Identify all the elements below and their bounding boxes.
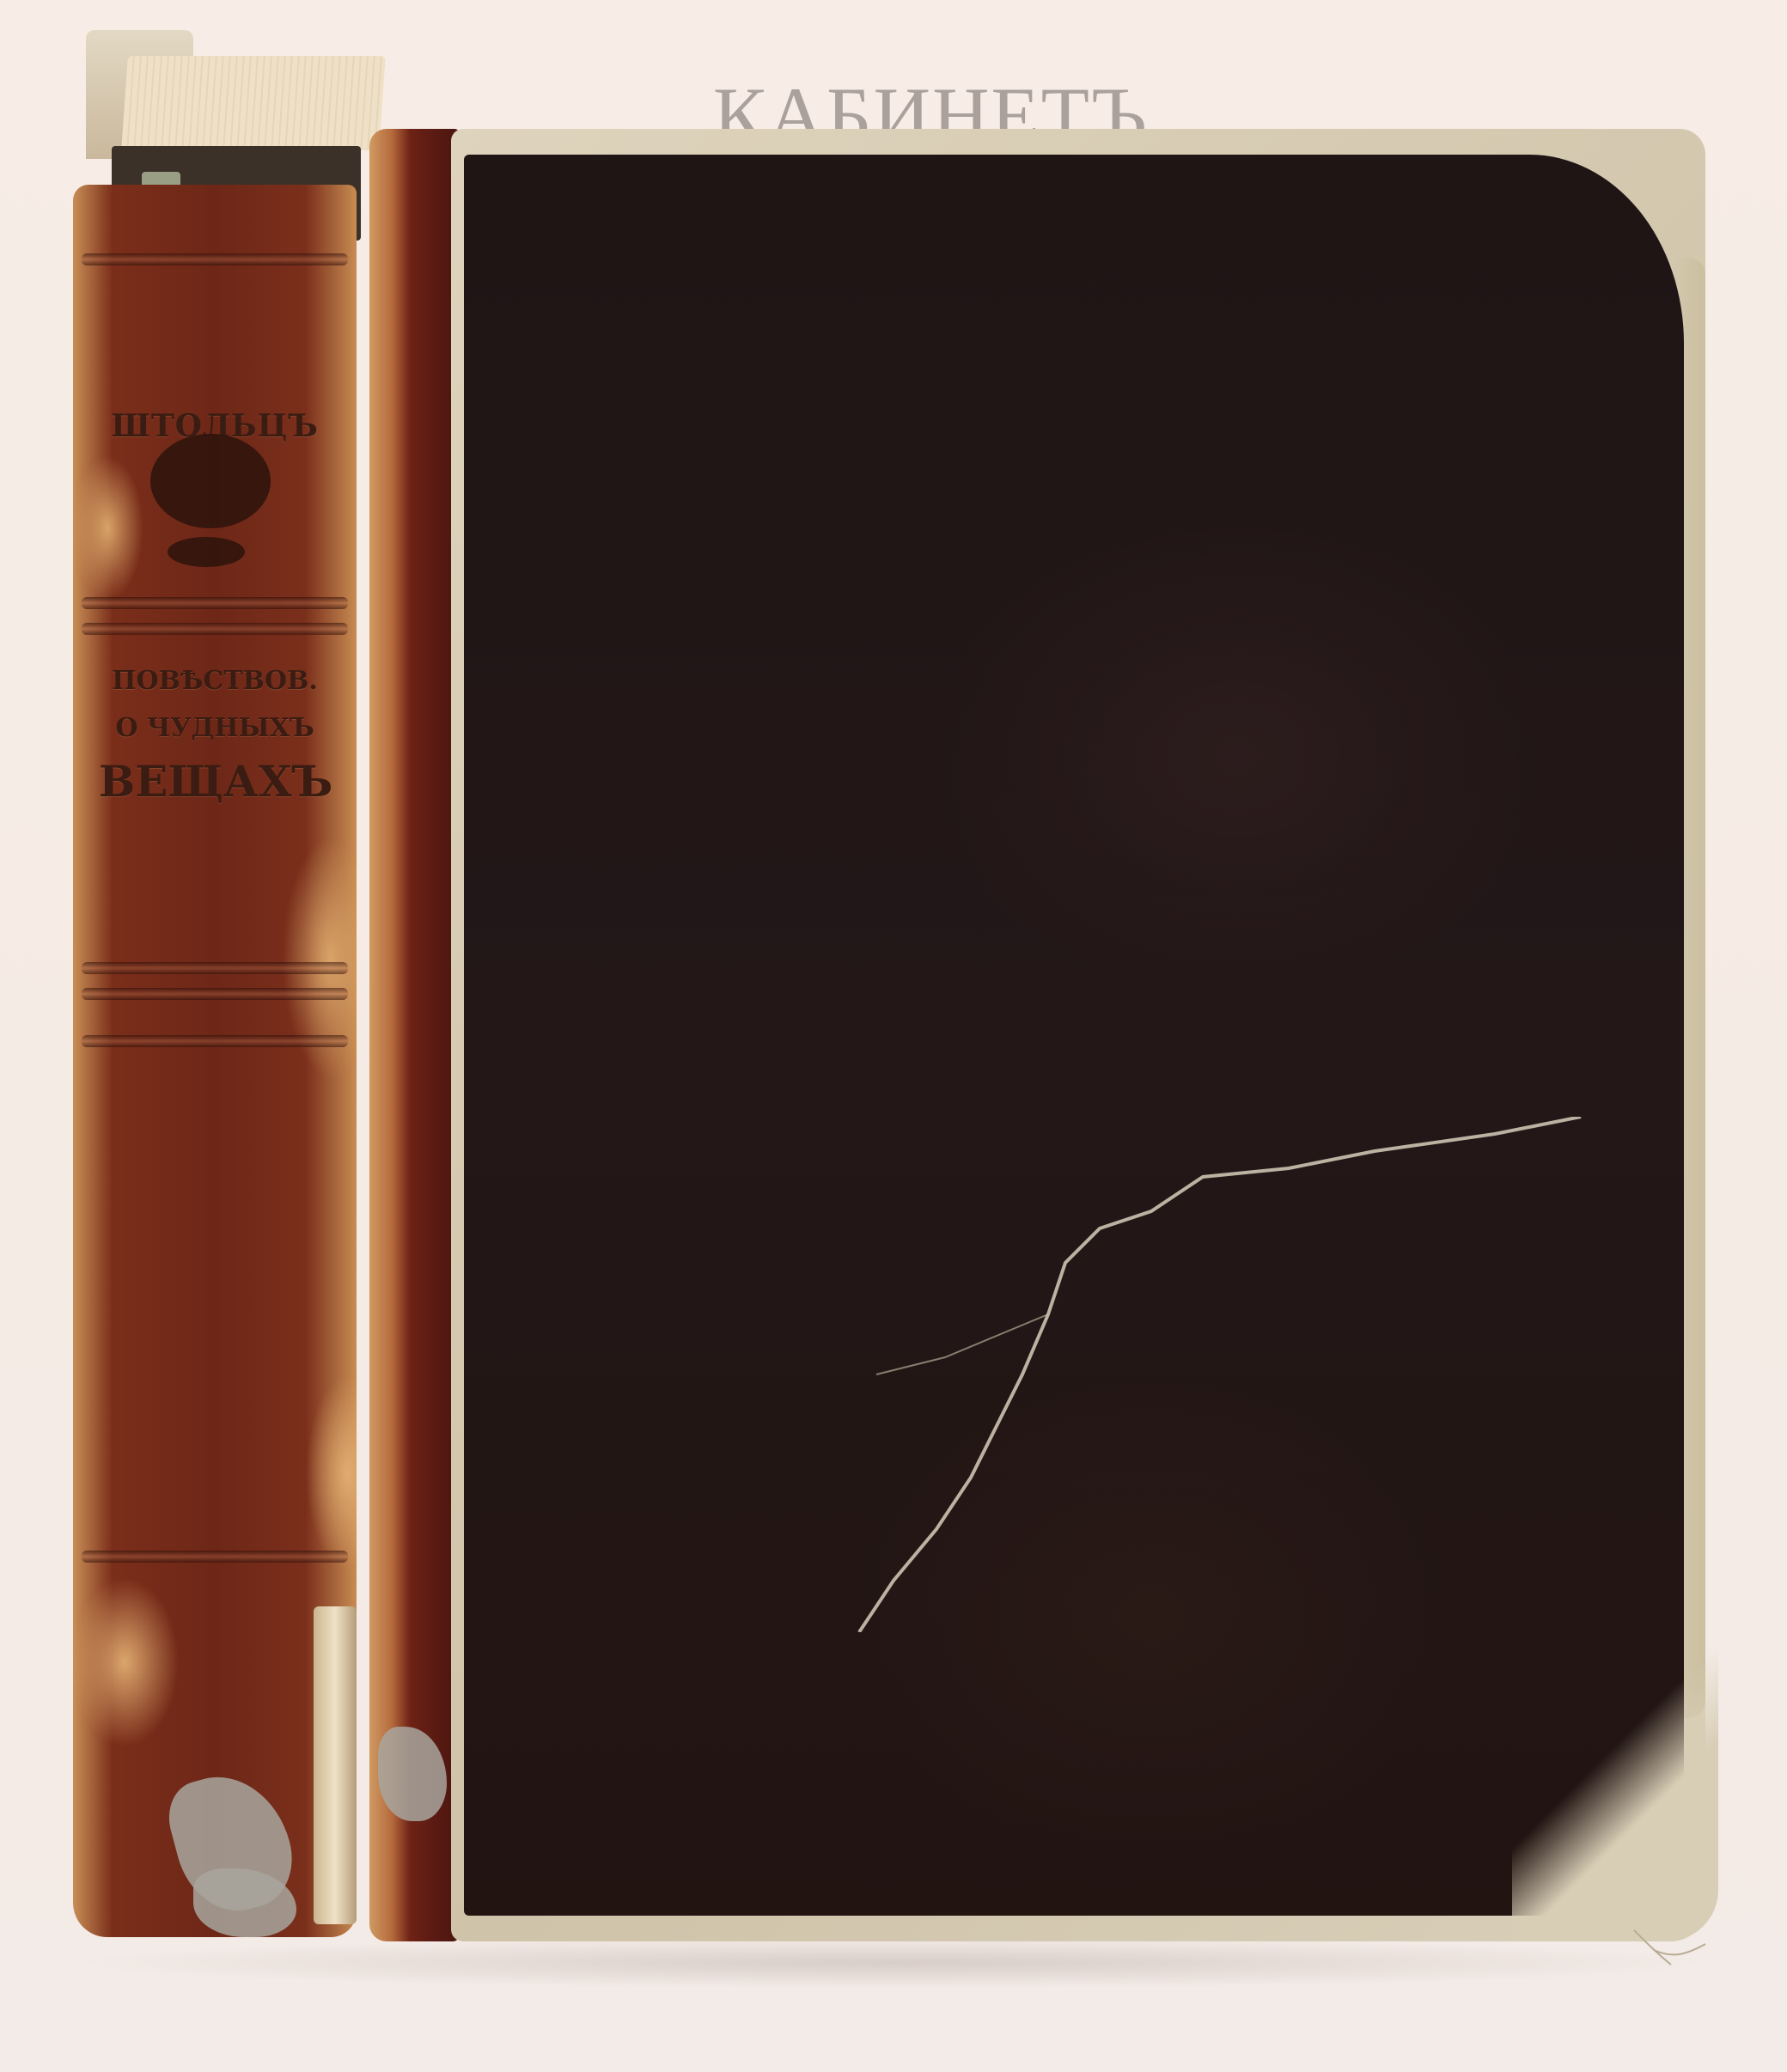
spine-raised-band	[82, 623, 348, 635]
cover-crack	[842, 1117, 1615, 1632]
spine-raised-band	[82, 962, 348, 974]
spine-stain	[168, 537, 245, 567]
spine-raised-band	[82, 988, 348, 1000]
joint-worn-patch	[378, 1727, 447, 1821]
spine-raised-band	[82, 1035, 348, 1047]
spine-raised-band	[82, 253, 348, 265]
spine-split-gap	[314, 1606, 357, 1924]
spine-stain	[150, 434, 271, 528]
loose-thread	[1632, 1929, 1710, 1971]
spine-title-line: ВЕЩАХЪ	[99, 756, 331, 807]
worn-corner-bottom-right	[1512, 1649, 1718, 1941]
spine-title-line: ПОВѢСТВОВ.	[99, 666, 331, 696]
spine-raised-band	[82, 1551, 348, 1563]
front-joint	[369, 129, 460, 1941]
front-cover-cloth	[464, 155, 1684, 1916]
page-edges-top	[121, 56, 386, 150]
spine-title-line: О ЧУДНЫХЪ	[99, 713, 331, 743]
spine-raised-band	[82, 597, 348, 609]
book-shadow	[69, 1937, 1718, 1989]
